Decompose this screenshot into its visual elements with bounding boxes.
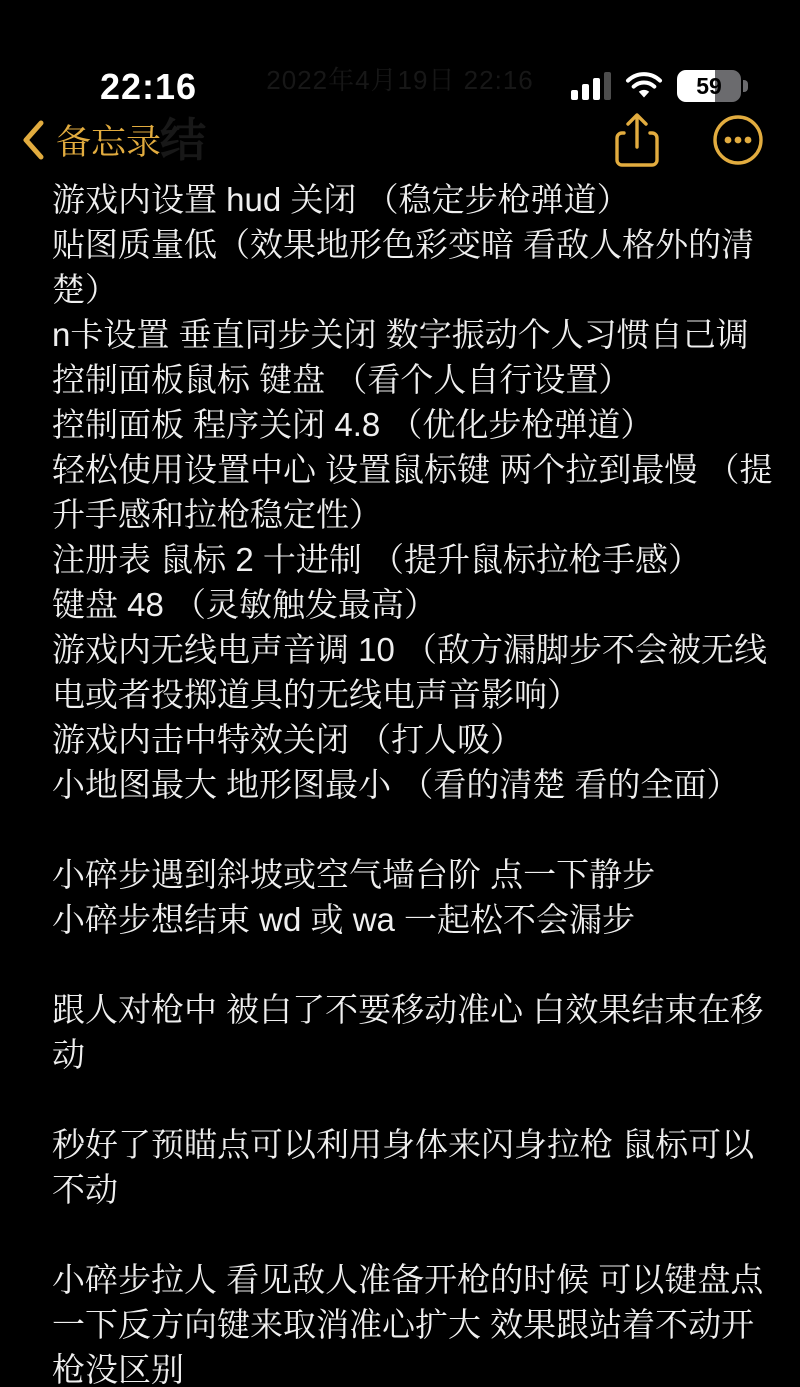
note-paragraph: 游戏内无线电声音调 10 （敌方漏脚步不会被无线电或者投掷道具的无线电声音影响）: [52, 627, 776, 717]
status-icons: 59: [571, 70, 748, 102]
note-blank-line: [52, 1212, 776, 1257]
note-blank-line: [52, 942, 776, 987]
chevron-left-icon: [22, 120, 44, 160]
note-paragraph: 控制面板 程序关闭 4.8 （优化步枪弹道）: [52, 402, 776, 447]
nav-actions: [614, 108, 764, 172]
ellipsis-circle-icon[interactable]: [712, 114, 764, 166]
clock-time: 22:16: [100, 66, 197, 108]
back-button-label: 备忘录: [56, 115, 161, 165]
battery-percent: 59: [696, 73, 722, 100]
note-paragraph: 游戏内设置 hud 关闭 （稳定步枪弹道）: [52, 177, 776, 222]
share-icon[interactable]: [614, 111, 660, 169]
note-paragraph: n卡设置 垂直同步关闭 数字振动个人习惯自己调: [52, 312, 776, 357]
back-button[interactable]: 备忘录: [22, 108, 161, 172]
note-paragraph: 小碎步遇到斜坡或空气墙台阶 点一下静步: [52, 852, 776, 897]
note-paragraph: 小碎步拉人 看见敌人准备开枪的时候 可以键盘点一下反方向键来取消准心扩大 效果跟…: [52, 1257, 776, 1387]
battery-icon: 59: [677, 70, 748, 102]
note-paragraph: 小碎步想结束 wd 或 wa 一起松不会漏步: [52, 897, 776, 942]
note-paragraph: 贴图质量低（效果地形色彩变暗 看敌人格外的清楚）: [52, 222, 776, 312]
note-blank-line: [52, 807, 776, 852]
nav-bar: 备忘录: [0, 108, 800, 172]
note-blank-line: [52, 1077, 776, 1122]
cellular-signal-icon: [571, 72, 611, 100]
note-paragraph: 键盘 48 （灵敏触发最高）: [52, 582, 776, 627]
note-paragraph: 小地图最大 地形图最小 （看的清楚 看的全面）: [52, 762, 776, 807]
note-paragraph: 注册表 鼠标 2 十进制 （提升鼠标拉枪手感）: [52, 537, 776, 582]
notes-app-screen: 2022年4月19日 22:16 结 22:16 59: [0, 0, 800, 1387]
wifi-icon: [625, 72, 663, 100]
note-paragraph: 跟人对枪中 被白了不要移动准心 白效果结束在移动: [52, 987, 776, 1077]
note-paragraph: 秒好了预瞄点可以利用身体来闪身拉枪 鼠标可以不动: [52, 1122, 776, 1212]
note-paragraph: 控制面板鼠标 键盘 （看个人自行设置）: [52, 357, 776, 402]
note-paragraph: 游戏内击中特效关闭 （打人吸）: [52, 717, 776, 762]
note-content[interactable]: 游戏内设置 hud 关闭 （稳定步枪弹道） 贴图质量低（效果地形色彩变暗 看敌人…: [52, 177, 776, 1387]
note-paragraph: 轻松使用设置中心 设置鼠标键 两个拉到最慢 （提升手感和拉枪稳定性）: [52, 447, 776, 537]
status-bar: 22:16 59: [0, 30, 800, 82]
